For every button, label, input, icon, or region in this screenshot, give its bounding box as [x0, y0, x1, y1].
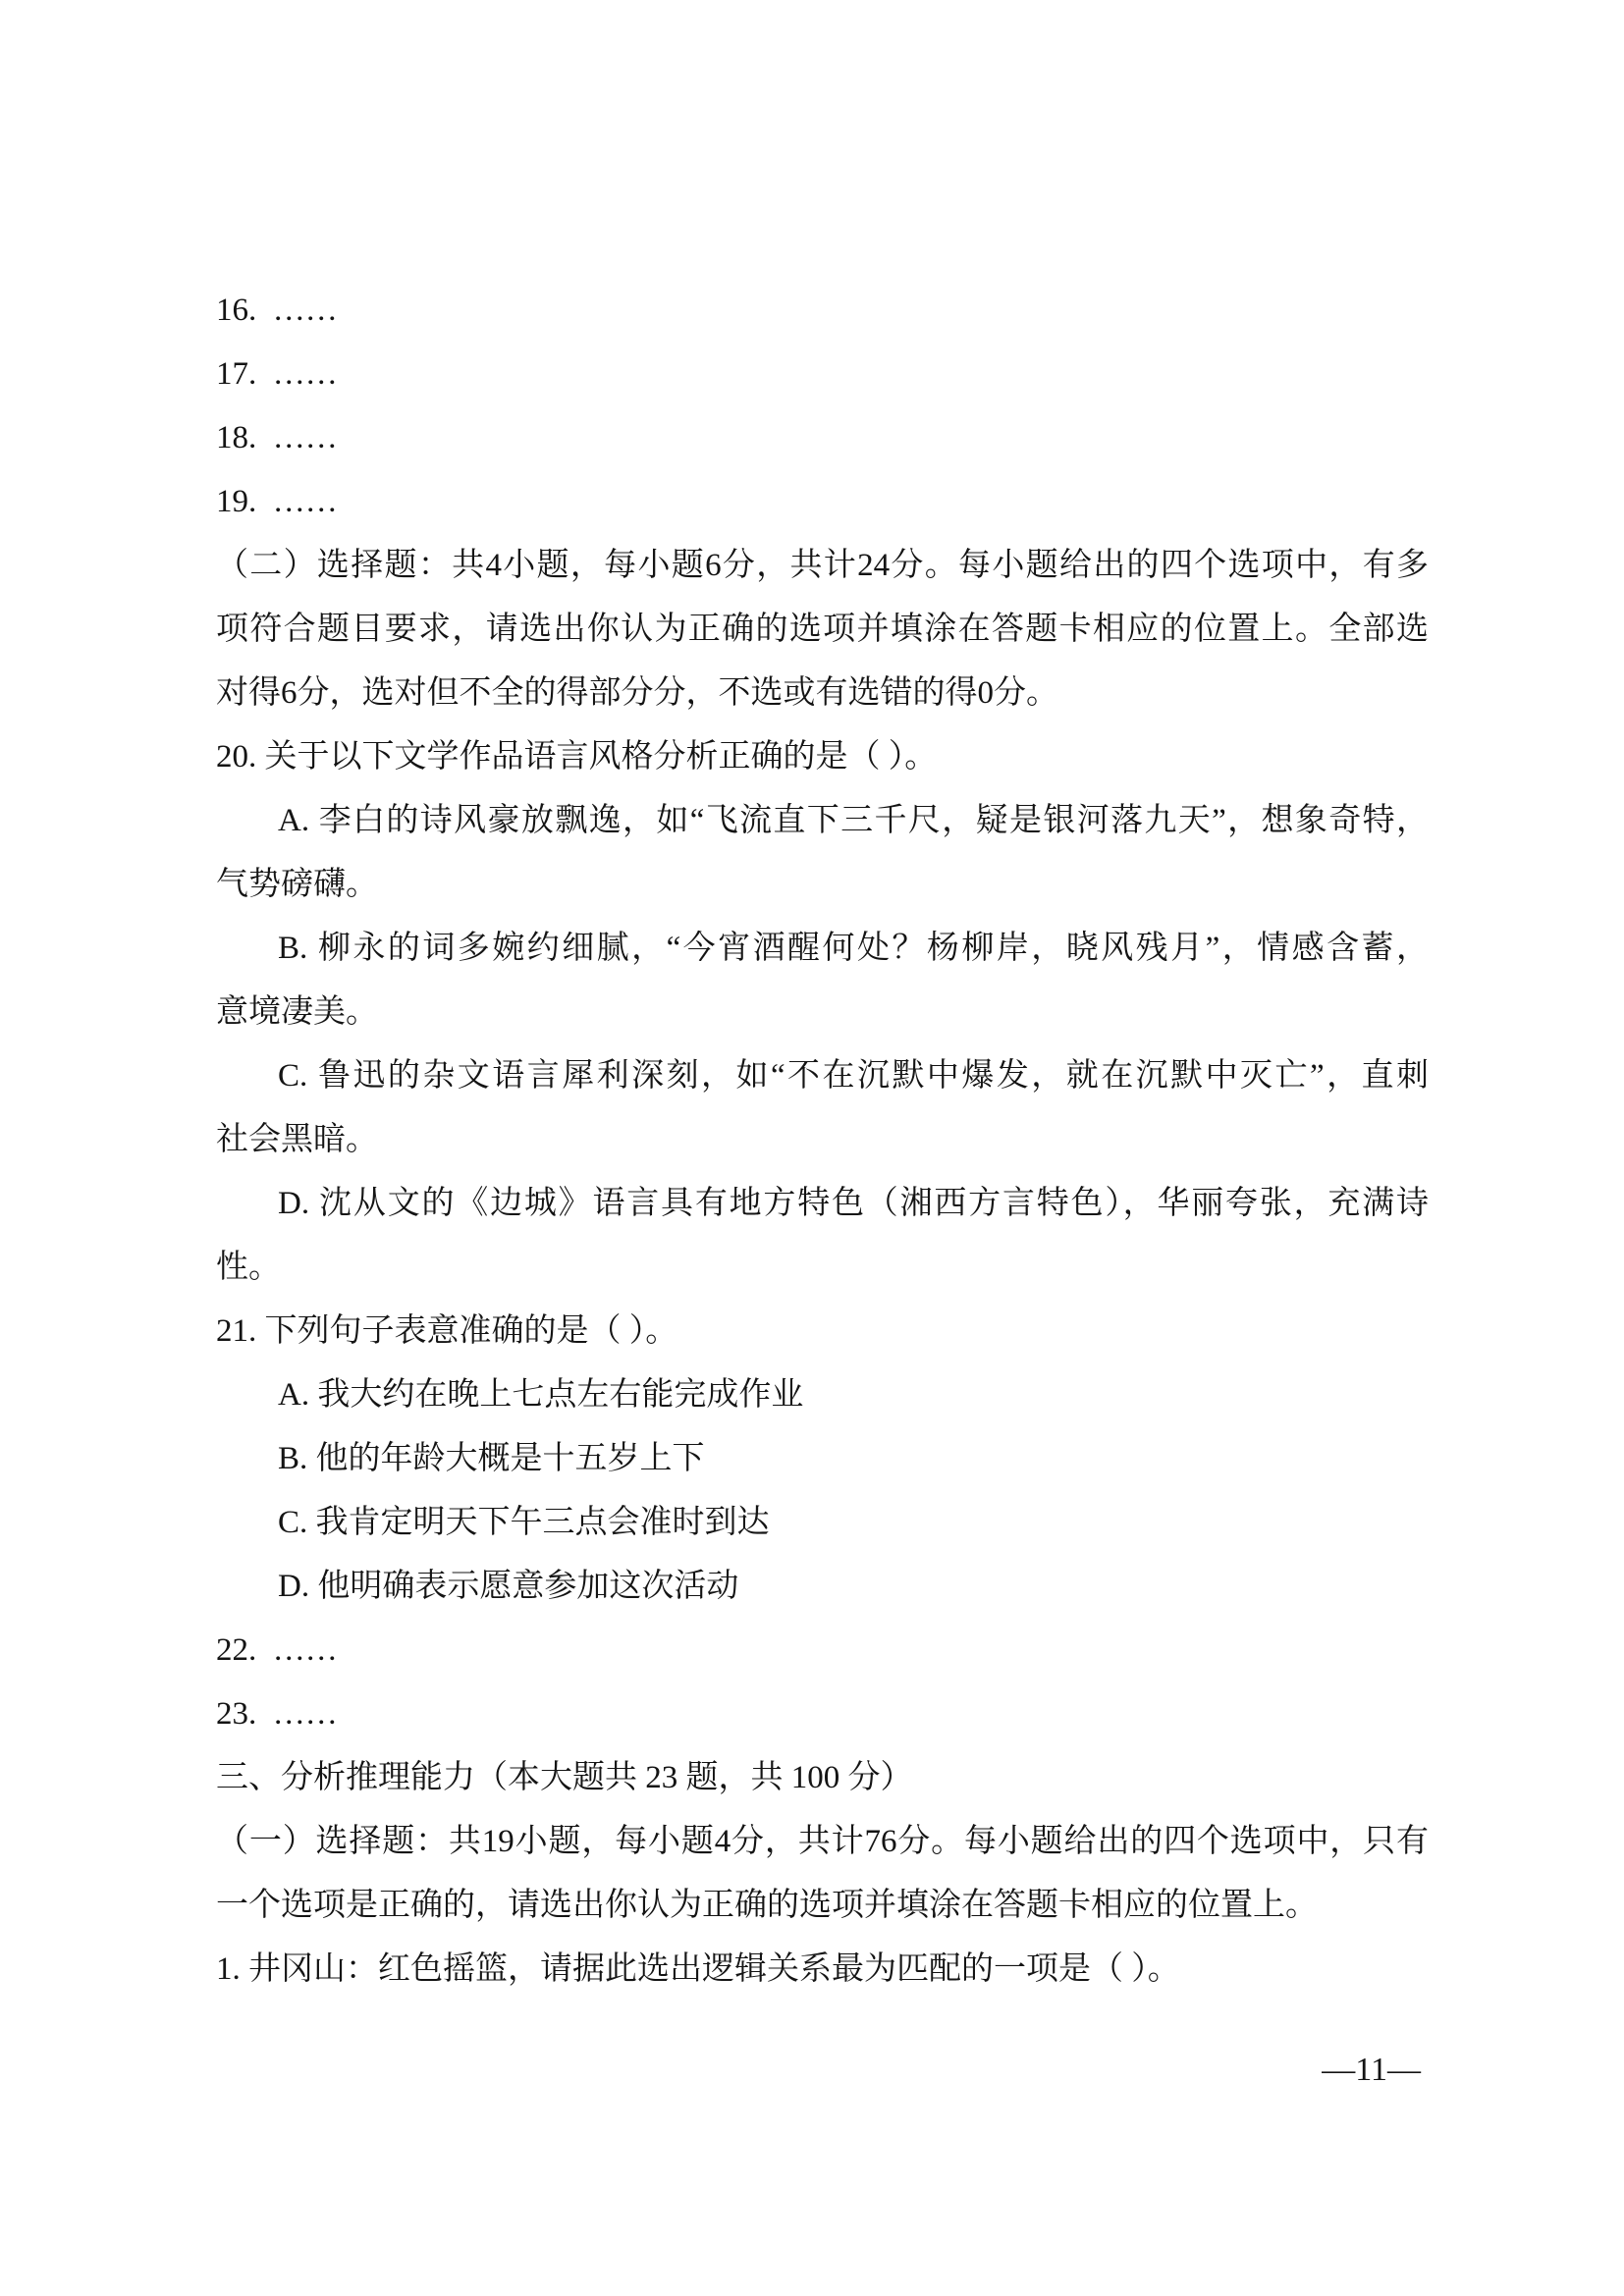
question-21-option-d: D. 他明确表示愿意参加这次活动: [216, 1555, 1429, 1619]
question-20-option-a-continued: 气势磅礴。: [216, 853, 1429, 917]
section3-1-instructions-line1: （一）选择题：共19小题，每小题4分，共计76分。每小题给出的四个选项中，只有: [216, 1810, 1429, 1874]
page-body-text: 16. …… 17. …… 18. …… 19. …… （二）选择题：共4小题，…: [216, 279, 1429, 2002]
question-23-placeholder: 23. ……: [216, 1682, 1429, 1746]
exam-paper-page: 16. …… 17. …… 18. …… 19. …… （二）选择题：共4小题，…: [0, 0, 1624, 2296]
question-1-stem: 1. 井冈山：红色摇篮，请据此选出逻辑关系最为匹配的一项是（ ）。: [216, 1938, 1429, 2002]
section3-heading: 三、分析推理能力（本大题共 23 题，共 100 分）: [216, 1746, 1429, 1810]
question-17-placeholder: 17. ……: [216, 343, 1429, 406]
question-16-placeholder: 16. ……: [216, 279, 1429, 343]
section2-instructions-line3: 对得6分，选对但不全的得部分分，不选或有选错的得0分。: [216, 662, 1429, 725]
section2-instructions-line1: （二）选择题：共4小题，每小题6分，共计24分。每小题给出的四个选项中，有多: [216, 534, 1429, 598]
question-20-option-b-continued: 意境凄美。: [216, 981, 1429, 1044]
question-20-stem: 20. 关于以下文学作品语言风格分析正确的是（ ）。: [216, 725, 1429, 789]
question-20-option-a: A. 李白的诗风豪放飘逸，如“飞流直下三千尺，疑是银河落九天”，想象奇特，: [216, 789, 1429, 853]
question-20-option-d-continued: 性。: [216, 1236, 1429, 1300]
question-20-option-b: B. 柳永的词多婉约细腻，“今宵酒醒何处？杨柳岸，晓风残月”，情感含蓄，: [216, 917, 1429, 981]
question-21-option-a: A. 我大约在晚上七点左右能完成作业: [216, 1363, 1429, 1427]
page-number: —11—: [1322, 2050, 1421, 2091]
question-20-option-c: C. 鲁迅的杂文语言犀利深刻，如“不在沉默中爆发，就在沉默中灭亡”，直刺: [216, 1044, 1429, 1108]
question-22-placeholder: 22. ……: [216, 1619, 1429, 1682]
question-20-option-d: D. 沈从文的《边城》语言具有地方特色（湘西方言特色），华丽夸张，充满诗: [216, 1172, 1429, 1236]
question-21-option-b: B. 他的年龄大概是十五岁上下: [216, 1427, 1429, 1491]
question-20-option-c-continued: 社会黑暗。: [216, 1108, 1429, 1172]
question-19-placeholder: 19. ……: [216, 470, 1429, 534]
question-21-stem: 21. 下列句子表意准确的是（ ）。: [216, 1300, 1429, 1363]
question-18-placeholder: 18. ……: [216, 406, 1429, 470]
section2-instructions-line2: 项符合题目要求，请选出你认为正确的选项并填涂在答题卡相应的位置上。全部选: [216, 598, 1429, 662]
section3-1-instructions-line2: 一个选项是正确的，请选出你认为正确的选项并填涂在答题卡相应的位置上。: [216, 1874, 1429, 1938]
question-21-option-c: C. 我肯定明天下午三点会准时到达: [216, 1491, 1429, 1555]
